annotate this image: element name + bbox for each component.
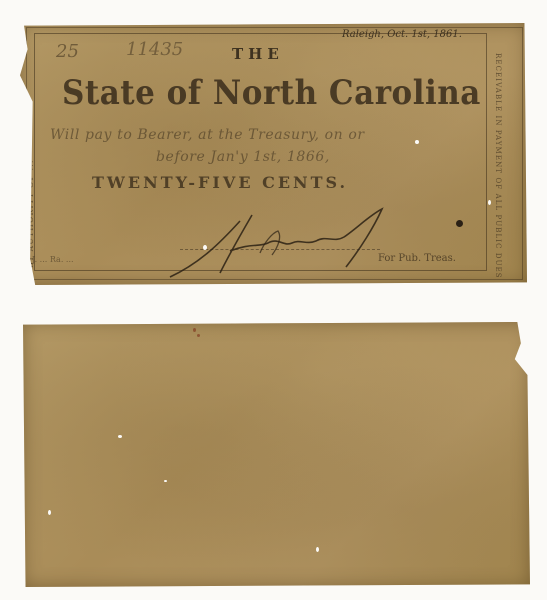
office-label: For Pub. Treas. bbox=[378, 253, 456, 264]
printed-serial: 25 bbox=[56, 41, 79, 62]
pinhole bbox=[203, 245, 207, 250]
right-side-text: RECEIVABLE IN PAYMENT OF ALL PUBLIC DUES bbox=[494, 53, 502, 279]
ink-spot bbox=[456, 220, 463, 227]
pinhole bbox=[316, 547, 319, 552]
pinhole bbox=[48, 510, 51, 515]
pinhole bbox=[488, 200, 491, 205]
printer-imprint: J. ... Ra. ... bbox=[32, 255, 74, 264]
promise-line-1: Will pay to Bearer, at the Treasury, on … bbox=[50, 127, 365, 143]
banknote-front: Raleigh, Oct. 1st, 1861. 25 11435 THE St… bbox=[20, 23, 527, 285]
promise-line-2: before Jan'y 1st, 1866, bbox=[156, 149, 330, 165]
issue-date: Raleigh, Oct. 1st, 1861. bbox=[342, 29, 462, 40]
pinhole bbox=[164, 480, 167, 482]
rust-stain bbox=[193, 328, 196, 332]
pinhole bbox=[118, 435, 122, 438]
banknote-back bbox=[23, 322, 530, 587]
note-title: State of North Carolina bbox=[62, 74, 481, 113]
pinhole bbox=[415, 140, 419, 144]
left-side-text: BY AUTHORITY OF ... bbox=[26, 159, 35, 268]
rust-stain bbox=[197, 334, 200, 337]
signature-icon bbox=[160, 203, 400, 283]
denomination: TWENTY-FIVE CENTS. bbox=[92, 173, 348, 192]
handwritten-serial: 11435 bbox=[126, 39, 183, 60]
title-the: THE bbox=[232, 45, 284, 63]
